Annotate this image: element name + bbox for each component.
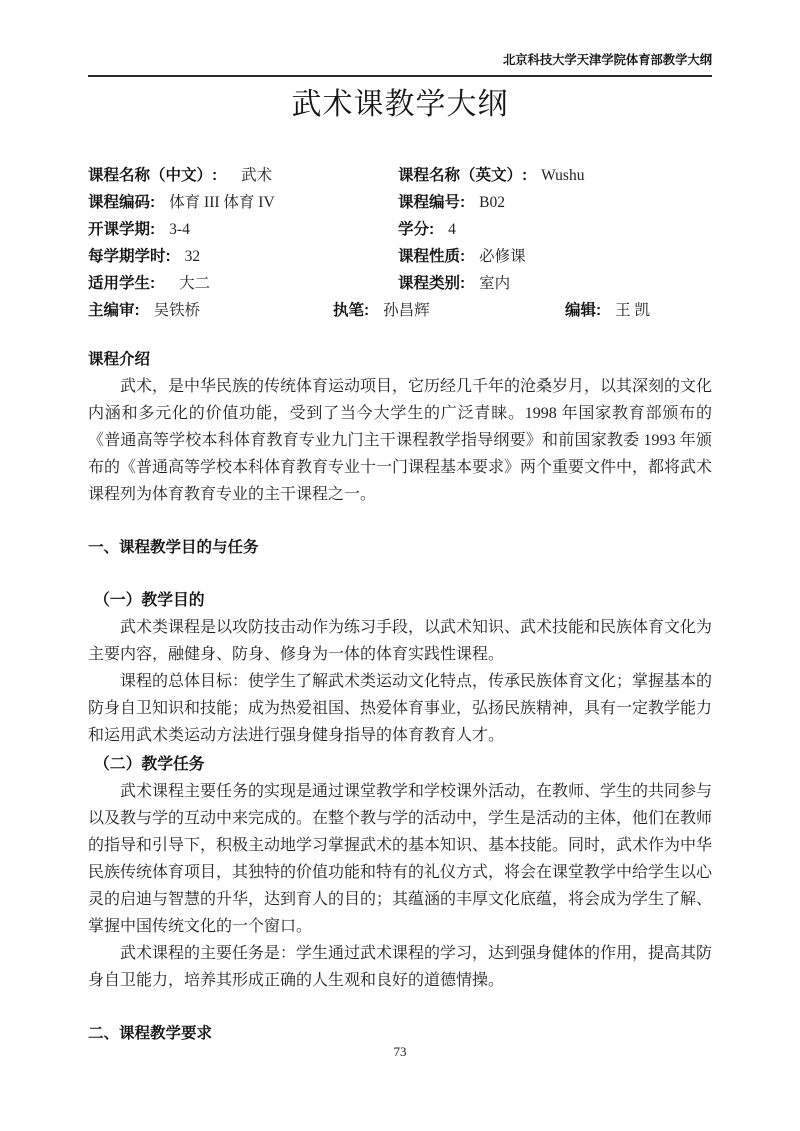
teaching-task-paragraph-2: 武术课程的主要任务是：学生通过武术课程的学习，达到强身健体的作用，提高其防身自卫…: [88, 940, 712, 994]
meta-value: 吴铁桥: [154, 298, 201, 320]
meta-label: 课程名称（中文）:: [88, 163, 217, 185]
course-meta-block: 课程名称（中文）: 武术 课程名称（英文）: Wushu 课程编码: 体育 II…: [88, 160, 712, 322]
meta-row-course-name: 课程名称（中文）: 武术 课程名称（英文）: Wushu: [88, 160, 712, 187]
meta-value: 室内: [479, 271, 510, 293]
teaching-task-paragraph-1: 武术课程主要任务的实现是通过课堂教学和学校课外活动，在教师、学生的共同参与以及教…: [88, 778, 712, 940]
meta-field-course-nature: 课程性质: 必修课: [398, 244, 712, 266]
meta-value: 大二: [179, 271, 210, 293]
meta-row-students: 适用学生: 大二 课程类别: 室内: [88, 268, 712, 295]
teaching-purpose-paragraph-2: 课程的总体目标：使学生了解武术类运动文化特点，传承民族体育文化；掌握基本的防身自…: [88, 668, 712, 749]
meta-value: 3-4: [169, 221, 190, 239]
meta-label: 学分:: [398, 217, 434, 239]
meta-label: 编辑:: [565, 298, 601, 320]
page-header: 北京科技大学天津学院体育部教学大纲: [88, 52, 712, 77]
section-heading-1: 一、课程教学目的与任务: [88, 534, 712, 561]
section-heading-2: 二、课程教学要求: [88, 1020, 712, 1047]
meta-field-writer: 执笔: 孙昌辉: [333, 298, 565, 320]
meta-field-hours: 每学期学时: 32: [88, 244, 398, 266]
header-rule: [88, 75, 712, 77]
meta-label: 课程类别:: [398, 271, 465, 293]
page-number: 73: [0, 1044, 800, 1060]
meta-field-course-number: 课程编号: B02: [398, 190, 712, 212]
meta-value: 孙昌辉: [383, 298, 430, 320]
meta-value: B02: [479, 194, 505, 212]
meta-value: 必修课: [479, 244, 526, 266]
meta-label: 适用学生:: [88, 271, 155, 293]
meta-field-course-name-en: 课程名称（英文）: Wushu: [398, 163, 712, 185]
meta-field-course-name-cn: 课程名称（中文）: 武术: [88, 163, 398, 185]
subsection-heading-1-1: （一）教学目的: [88, 587, 712, 614]
meta-label: 课程性质:: [398, 244, 465, 266]
meta-label: 执笔:: [333, 298, 369, 320]
course-intro-paragraph: 武术，是中华民族的传统体育运动项目，它历经几千年的沧桑岁月，以其深刻的文化内涵和…: [88, 373, 712, 508]
meta-field-target-students: 适用学生: 大二: [88, 271, 398, 293]
meta-row-course-code: 课程编码: 体育 III 体育 IV 课程编号: B02: [88, 187, 712, 214]
meta-row-semester: 开课学期: 3-4 学分: 4: [88, 214, 712, 241]
meta-field-course-code: 课程编码: 体育 III 体育 IV: [88, 190, 398, 212]
meta-row-editors: 主编审: 吴铁桥 执笔: 孙昌辉 编辑: 王 凯: [88, 295, 712, 322]
meta-row-hours: 每学期学时: 32 课程性质: 必修课: [88, 241, 712, 268]
teaching-purpose-paragraph-1: 武术类课程是以攻防技击动作为练习手段，以武术知识、武术技能和民族体育文化为主要内…: [88, 614, 712, 668]
meta-label: 课程编号:: [398, 190, 465, 212]
meta-field-editor: 编辑: 王 凯: [565, 298, 712, 320]
meta-field-credits: 学分: 4: [398, 217, 712, 239]
header-org-title: 北京科技大学天津学院体育部教学大纲: [88, 52, 712, 69]
meta-label: 开课学期:: [88, 217, 155, 239]
meta-field-semester: 开课学期: 3-4: [88, 217, 398, 239]
document-page: 北京科技大学天津学院体育部教学大纲 武术课教学大纲 课程名称（中文）: 武术 课…: [0, 0, 800, 1131]
meta-label: 课程编码:: [88, 190, 155, 212]
subsection-heading-1-2: （二）教学任务: [88, 751, 712, 778]
meta-label: 课程名称（英文）:: [398, 163, 527, 185]
meta-field-chief-editor: 主编审: 吴铁桥: [88, 298, 333, 320]
meta-label: 每学期学时:: [88, 244, 171, 266]
meta-value: 王 凯: [615, 298, 650, 320]
meta-value: 32: [185, 248, 201, 266]
meta-value: 4: [448, 221, 456, 239]
meta-field-course-category: 课程类别: 室内: [398, 271, 712, 293]
meta-label: 主编审:: [88, 298, 140, 320]
meta-value: 体育 III 体育 IV: [169, 190, 274, 212]
meta-value: Wushu: [541, 167, 584, 185]
document-title: 武术课教学大纲: [88, 87, 712, 123]
section-heading-course-intro: 课程介绍: [88, 346, 712, 373]
meta-value: 武术: [241, 163, 272, 185]
